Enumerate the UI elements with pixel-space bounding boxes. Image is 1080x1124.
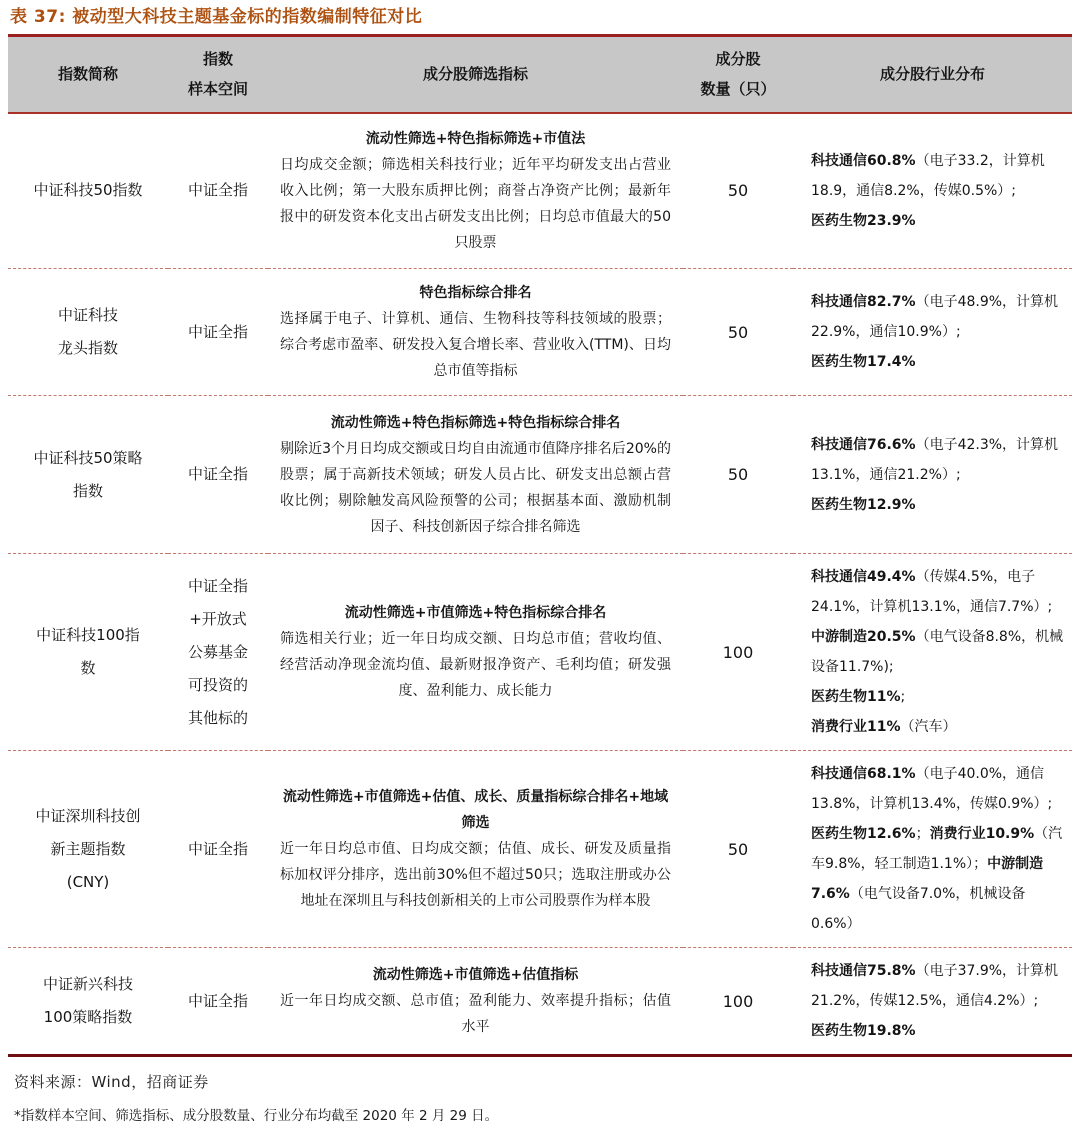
- industry-segment-text: （汽车）: [901, 719, 957, 735]
- industry-segment-bold: 科技通信76.6%: [811, 437, 916, 453]
- industry-segment-bold: 科技通信75.8%: [811, 963, 916, 979]
- sample-space: 中证全指: [168, 113, 268, 269]
- table-row: 中证科技50策略 指数中证全指流动性筛选+特色指标筛选+特色指标综合排名剔除近3…: [8, 396, 1072, 554]
- industry-segment-bold: 科技通信60.8%: [811, 153, 916, 169]
- industry-distribution: 科技通信68.1%（电子40.0%，通信13.8%，计算机13.4%，传媒0.9…: [793, 751, 1072, 948]
- industry-segment-bold: 中游制造20.5%: [811, 629, 916, 645]
- index-name: 中证科技100指 数: [8, 554, 168, 751]
- sample-space: 中证全指: [168, 269, 268, 396]
- constituent-count: 100: [683, 554, 793, 751]
- table-row: 中证新兴科技 100策略指数中证全指流动性筛选+市值筛选+估值指标近一年日均成交…: [8, 948, 1072, 1056]
- constituent-count: 50: [683, 396, 793, 554]
- header-screening-criteria: 成分股筛选指标: [268, 36, 683, 113]
- industry-segment-bold: 消费行业11%: [811, 719, 901, 735]
- screening-criteria: 流动性筛选+市值筛选+估值、成长、质量指标综合排名+地域筛选近一年日均总市值、日…: [268, 751, 683, 948]
- constituent-count: 50: [683, 113, 793, 269]
- index-comparison-table: 指数简称 指数 样本空间 成分股筛选指标 成分股 数量（只） 成分股行业分布 中…: [8, 34, 1072, 1057]
- criteria-body: 剔除近3个月日均成交额或日均自由流通市值降序排名后20%的股票；属于高新技术领域…: [280, 436, 671, 540]
- index-name: 中证新兴科技 100策略指数: [8, 948, 168, 1056]
- criteria-title: 流动性筛选+特色指标筛选+市值法: [280, 126, 671, 152]
- table-title: 表 37: 被动型大科技主题基金标的指数编制特征对比: [8, 2, 1072, 34]
- screening-criteria: 流动性筛选+市值筛选+估值指标近一年日均成交额、总市值；盈利能力、效率提升指标；…: [268, 948, 683, 1056]
- industry-distribution: 科技通信49.4%（传媒4.5%，电子24.1%，计算机13.1%，通信7.7%…: [793, 554, 1072, 751]
- index-name: 中证科技50指数: [8, 113, 168, 269]
- header-sample-space: 指数 样本空间: [168, 36, 268, 113]
- table-header: 指数简称 指数 样本空间 成分股筛选指标 成分股 数量（只） 成分股行业分布: [8, 36, 1072, 113]
- industry-segment-bold: 医药生物17.4%: [811, 354, 916, 370]
- industry-distribution: 科技通信60.8%（电子33.2，计算机18.9，通信8.2%，传媒0.5%）;…: [793, 113, 1072, 269]
- criteria-body: 近一年日均成交额、总市值；盈利能力、效率提升指标；估值水平: [280, 988, 671, 1040]
- screening-criteria: 流动性筛选+市值筛选+特色指标综合排名筛选相关行业；近一年日均成交额、日均总市值…: [268, 554, 683, 751]
- criteria-title: 流动性筛选+特色指标筛选+特色指标综合排名: [280, 410, 671, 436]
- sample-space: 中证全指: [168, 396, 268, 554]
- screening-criteria: 特色指标综合排名选择属于电子、计算机、通信、生物科技等科技领域的股票；综合考虑市…: [268, 269, 683, 396]
- industry-segment-bold: 医药生物23.9%: [811, 213, 916, 229]
- industry-segment-bold: 医药生物19.8%: [811, 1023, 916, 1039]
- industry-segment-bold: 医药生物12.9%: [811, 497, 916, 513]
- criteria-body: 筛选相关行业；近一年日均成交额、日均总市值；营收均值、经营活动净现金流均值、最新…: [280, 626, 671, 704]
- industry-segment-bold: 消费行业10.9%: [930, 826, 1035, 842]
- industry-segment-bold: 医药生物11%: [811, 689, 901, 705]
- source-note: 资料来源：Wind，招商证券: [8, 1057, 1072, 1092]
- industry-segment-bold: 医药生物12.6%: [811, 826, 916, 842]
- sample-space: 中证全指 +开放式 公募基金 可投资的 其他标的: [168, 554, 268, 751]
- industry-segment-bold: 科技通信68.1%: [811, 766, 916, 782]
- industry-segment-bold: 科技通信49.4%: [811, 569, 916, 585]
- table-row: 中证科技50指数中证全指流动性筛选+特色指标筛选+市值法日均成交金额；筛选相关科…: [8, 113, 1072, 269]
- industry-distribution: 科技通信75.8%（电子37.9%，计算机21.2%，传媒12.5%，通信4.2…: [793, 948, 1072, 1056]
- criteria-title: 流动性筛选+市值筛选+特色指标综合排名: [280, 600, 671, 626]
- industry-segment-text: ;: [901, 689, 906, 705]
- criteria-body: 近一年日均总市值、日均成交额；估值、成长、研发及质量指标加权评分排序，选出前30…: [280, 836, 671, 914]
- industry-segment-bold: 科技通信82.7%: [811, 294, 916, 310]
- header-constituent-count: 成分股 数量（只）: [683, 36, 793, 113]
- industry-distribution: 科技通信76.6%（电子42.3%，计算机13.1%，通信21.2%）;医药生物…: [793, 396, 1072, 554]
- criteria-title: 特色指标综合排名: [280, 280, 671, 306]
- screening-criteria: 流动性筛选+特色指标筛选+市值法日均成交金额；筛选相关科技行业；近年平均研发支出…: [268, 113, 683, 269]
- index-name: 中证科技 龙头指数: [8, 269, 168, 396]
- constituent-count: 50: [683, 751, 793, 948]
- report-figure: 表 37: 被动型大科技主题基金标的指数编制特征对比 指数简称 指数 样本空间 …: [0, 0, 1080, 1124]
- header-row: 指数简称 指数 样本空间 成分股筛选指标 成分股 数量（只） 成分股行业分布: [8, 36, 1072, 113]
- constituent-count: 50: [683, 269, 793, 396]
- footnote: *指数样本空间、筛选指标、成分股数量、行业分布均截至 2020 年 2 月 29…: [8, 1092, 1072, 1124]
- sample-space: 中证全指: [168, 751, 268, 948]
- industry-segment-text: ；: [916, 826, 930, 842]
- header-index-name: 指数简称: [8, 36, 168, 113]
- sample-space: 中证全指: [168, 948, 268, 1056]
- index-name: 中证深圳科技创 新主题指数 (CNY): [8, 751, 168, 948]
- table-row: 中证科技100指 数中证全指 +开放式 公募基金 可投资的 其他标的流动性筛选+…: [8, 554, 1072, 751]
- index-name: 中证科技50策略 指数: [8, 396, 168, 554]
- table-row: 中证科技 龙头指数中证全指特色指标综合排名选择属于电子、计算机、通信、生物科技等…: [8, 269, 1072, 396]
- table-row: 中证深圳科技创 新主题指数 (CNY)中证全指流动性筛选+市值筛选+估值、成长、…: [8, 751, 1072, 948]
- constituent-count: 100: [683, 948, 793, 1056]
- header-industry-distribution: 成分股行业分布: [793, 36, 1072, 113]
- industry-distribution: 科技通信82.7%（电子48.9%，计算机22.9%，通信10.9%）;医药生物…: [793, 269, 1072, 396]
- criteria-body: 选择属于电子、计算机、通信、生物科技等科技领域的股票；综合考虑市盈率、研发投入复…: [280, 306, 671, 384]
- criteria-title: 流动性筛选+市值筛选+估值、成长、质量指标综合排名+地域筛选: [280, 784, 671, 836]
- screening-criteria: 流动性筛选+特色指标筛选+特色指标综合排名剔除近3个月日均成交额或日均自由流通市…: [268, 396, 683, 554]
- table-body: 中证科技50指数中证全指流动性筛选+特色指标筛选+市值法日均成交金额；筛选相关科…: [8, 113, 1072, 1056]
- criteria-body: 日均成交金额；筛选相关科技行业；近年平均研发支出占营业收入比例；第一大股东质押比…: [280, 152, 671, 256]
- criteria-title: 流动性筛选+市值筛选+估值指标: [280, 962, 671, 988]
